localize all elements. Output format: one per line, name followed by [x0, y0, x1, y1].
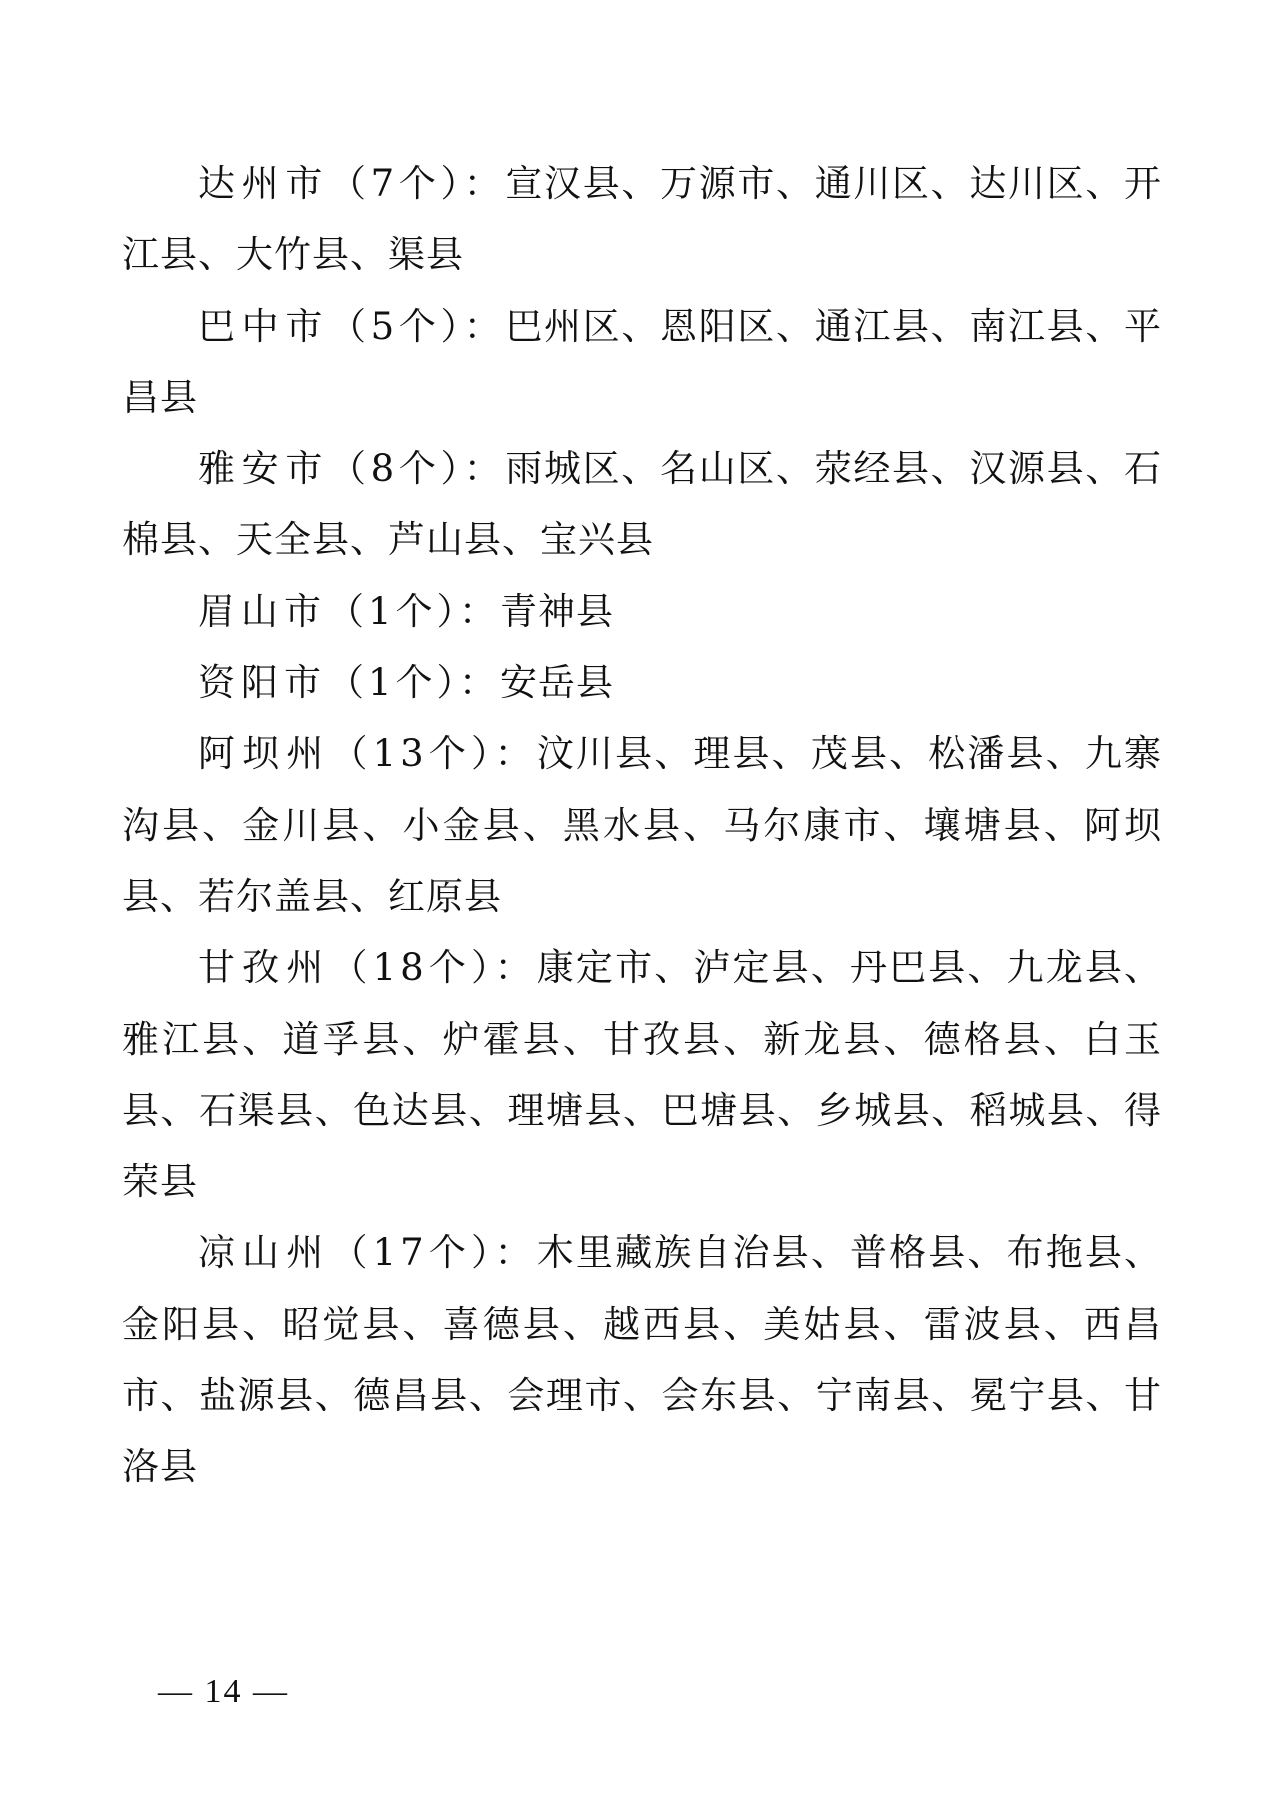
- region-count: （8个）：: [329, 447, 505, 490]
- region-name: 达州市: [198, 162, 329, 205]
- county-list: 安岳县: [500, 661, 614, 704]
- region-count: （5个）：: [329, 305, 505, 348]
- region-entry-ziyang: 资阳市（1个）：安岳县: [122, 647, 1162, 718]
- region-count: （18个）：: [330, 946, 536, 989]
- region-entry-yaan: 雅安市（8个）：雨城区、名山区、荥经县、汉源县、石棉县、天全县、芦山县、宝兴县: [122, 433, 1162, 576]
- page-number: — 14 —: [158, 1672, 289, 1712]
- region-name: 雅安市: [198, 447, 329, 490]
- region-count: （1个）：: [327, 590, 500, 633]
- region-name: 资阳市: [198, 661, 327, 704]
- region-entry-ganzi: 甘孜州（18个）：康定市、泸定县、丹巴县、九龙县、雅江县、道孚县、炉霍县、甘孜县…: [122, 932, 1162, 1217]
- document-body: 达州市（7个）：宣汉县、万源市、通川区、达川区、开江县、大竹县、渠县 巴中市（5…: [122, 148, 1162, 1503]
- region-entry-dazhou: 达州市（7个）：宣汉县、万源市、通川区、达川区、开江县、大竹县、渠县: [122, 148, 1162, 291]
- region-entry-bazhong: 巴中市（5个）：巴州区、恩阳区、通江县、南江县、平昌县: [122, 291, 1162, 434]
- region-entry-aba: 阿坝州（13个）：汶川县、理县、茂县、松潘县、九寨沟县、金川县、小金县、黑水县、…: [122, 718, 1162, 932]
- county-list: 青神县: [500, 590, 614, 633]
- region-name: 甘孜州: [198, 946, 330, 989]
- region-name: 阿坝州: [198, 732, 330, 775]
- region-count: （1个）：: [327, 661, 500, 704]
- region-entry-meishan: 眉山市（1个）：青神县: [122, 576, 1162, 647]
- region-count: （13个）：: [330, 732, 536, 775]
- region-name: 凉山州: [198, 1231, 330, 1274]
- region-count: （7个）：: [329, 162, 505, 205]
- region-name: 巴中市: [198, 305, 329, 348]
- region-name: 眉山市: [198, 590, 327, 633]
- region-entry-liangshan: 凉山州（17个）：木里藏族自治县、普格县、布拖县、金阳县、昭觉县、喜德县、越西县…: [122, 1217, 1162, 1502]
- region-count: （17个）：: [330, 1231, 536, 1274]
